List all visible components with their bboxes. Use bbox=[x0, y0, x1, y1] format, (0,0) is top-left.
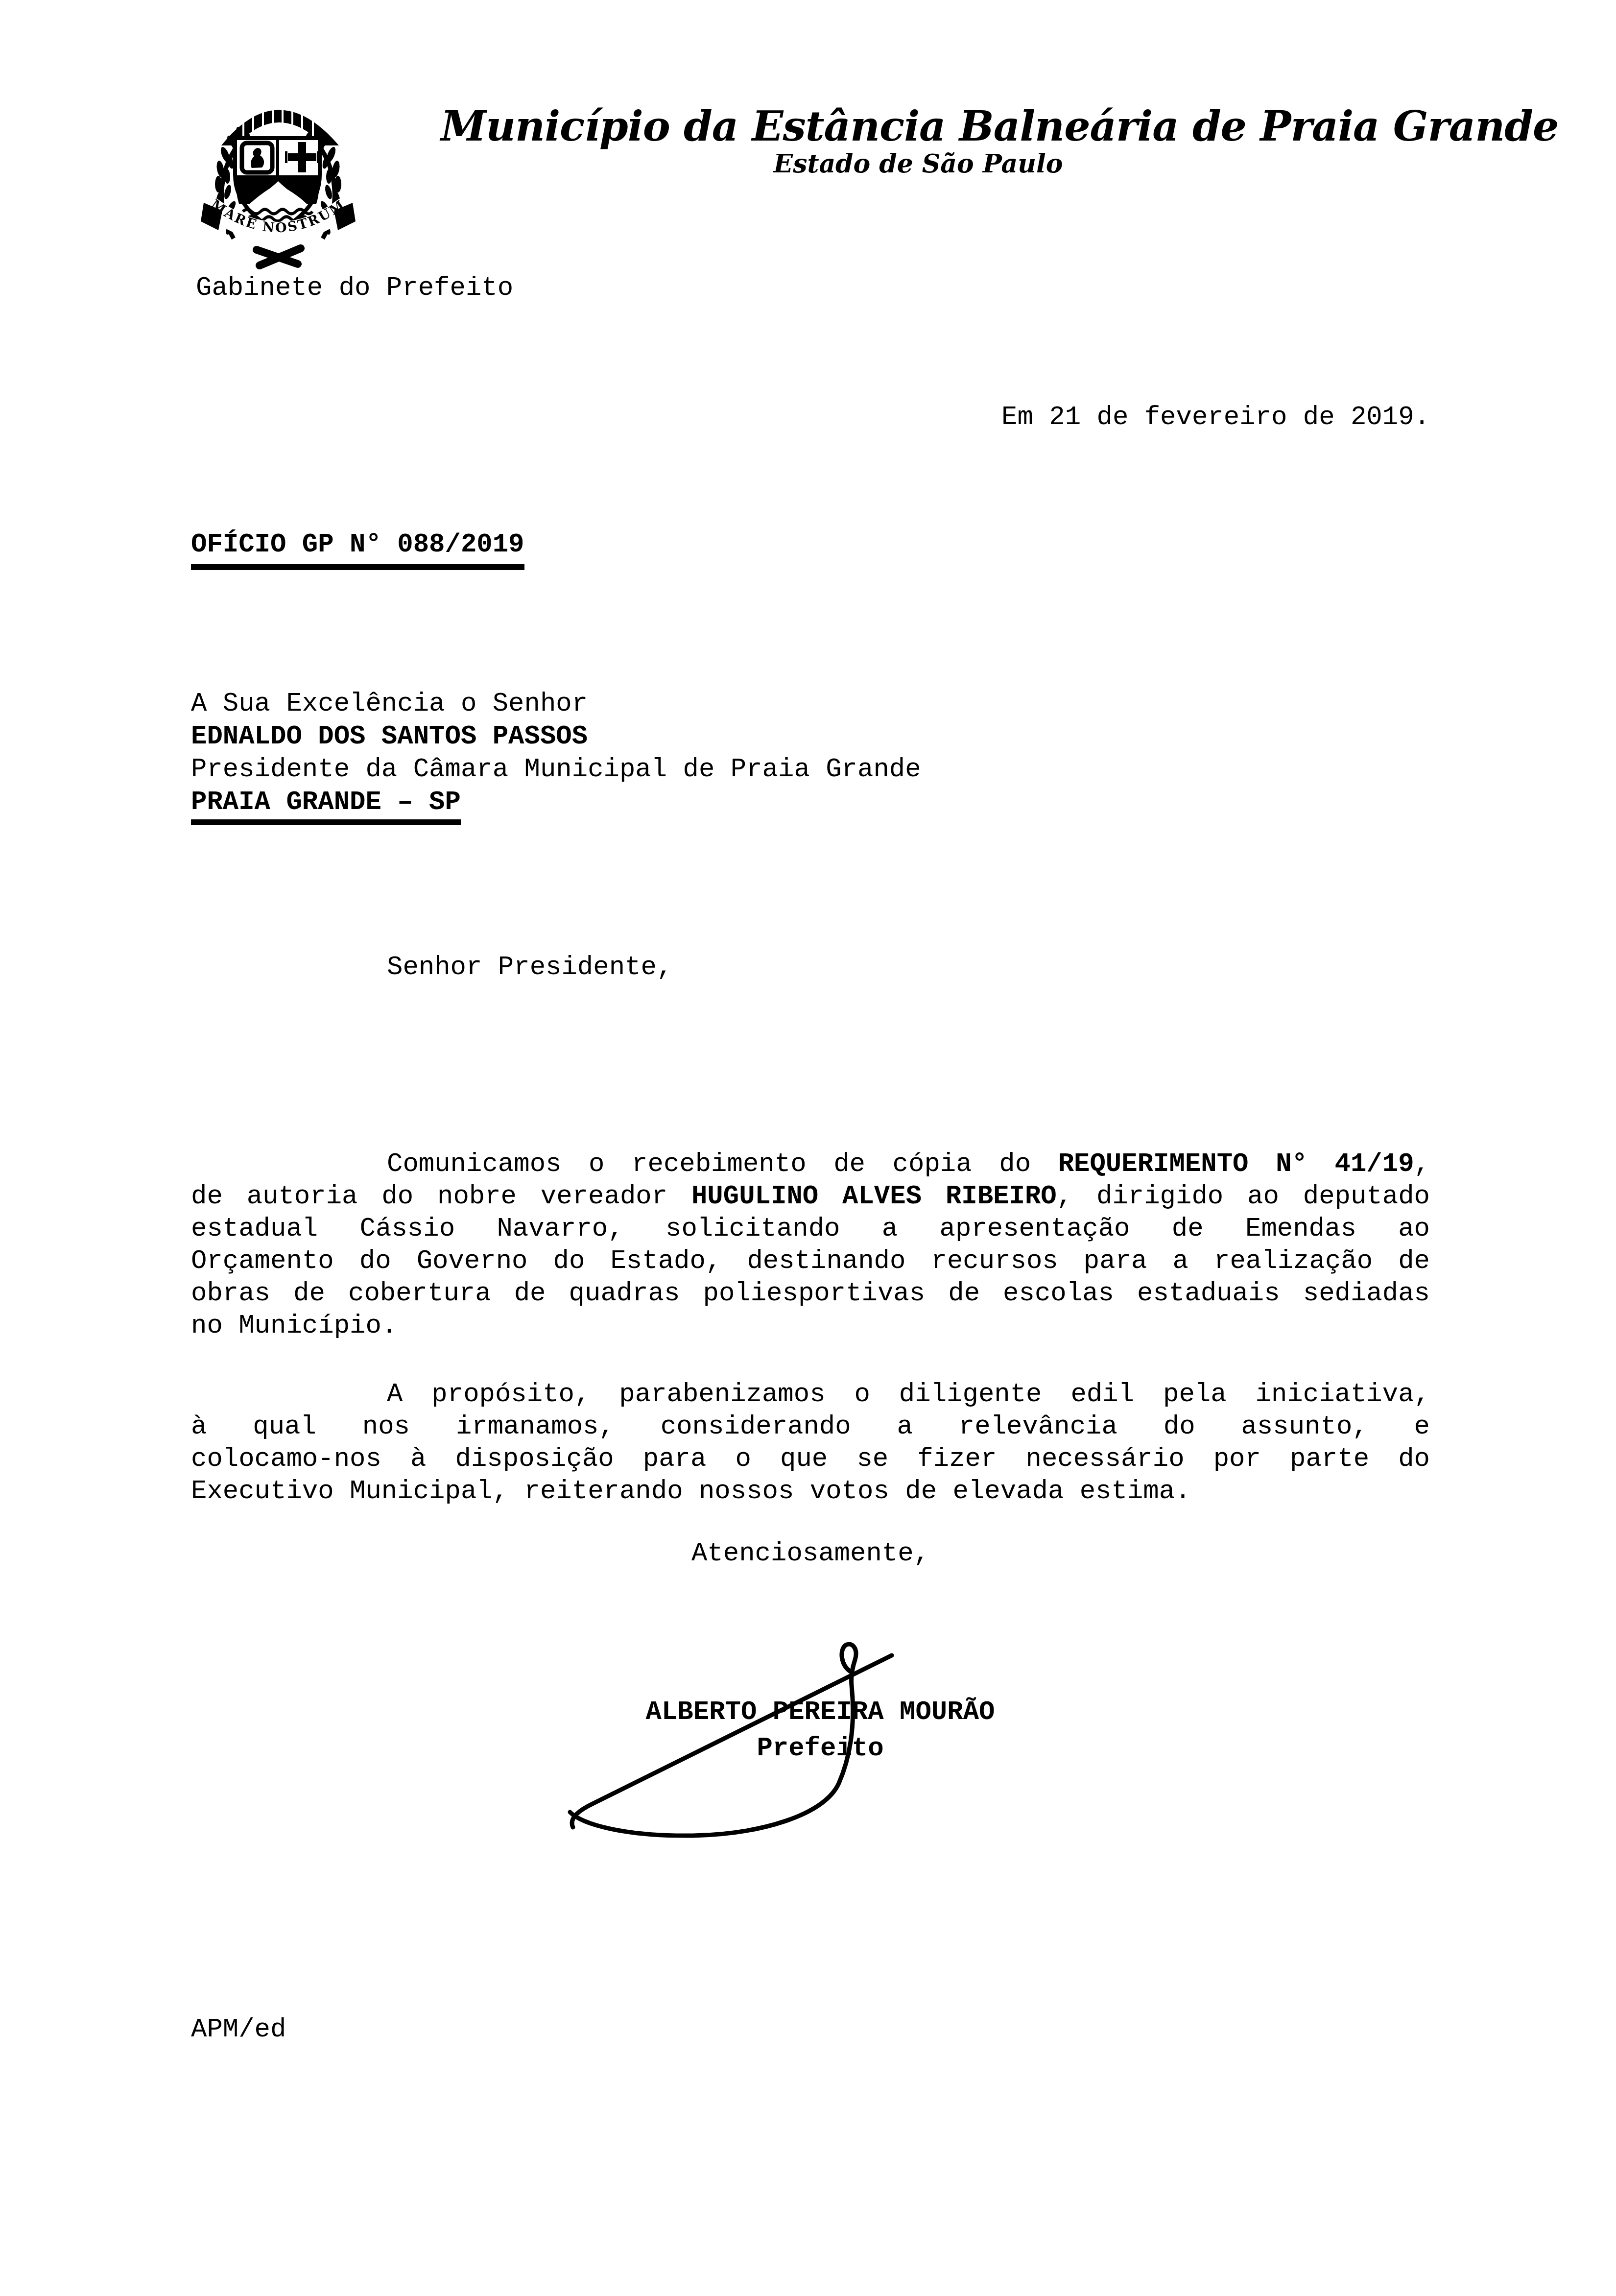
typist-initials: APM/ed bbox=[191, 2014, 286, 2046]
addressee-city-text: PRAIA GRANDE – SP bbox=[191, 787, 461, 825]
coat-of-arms-icon: MARE NOSTRUM bbox=[197, 94, 359, 273]
header-title: Município da Estância Balneária de Praia… bbox=[441, 104, 1396, 149]
body-paragraphs: Comunicamos o recebimento de cópia do RE… bbox=[191, 1148, 1430, 1508]
reference-number: OFÍCIO GP N° 088/2019 bbox=[191, 529, 524, 570]
paragraph-line: Executivo Municipal, reiterando nossos v… bbox=[191, 1476, 1430, 1508]
paragraph: Comunicamos o recebimento de cópia do RE… bbox=[191, 1148, 1430, 1342]
header-subtitle: Estado de São Paulo bbox=[441, 150, 1396, 178]
paragraph-line: Comunicamos o recebimento de cópia do RE… bbox=[191, 1148, 1430, 1181]
paragraph-line: obras de cobertura de quadras poliesport… bbox=[191, 1278, 1430, 1310]
addressee-name: EDNALDO DOS SANTOS PASSOS bbox=[191, 721, 588, 753]
date-line: Em 21 de fevereiro de 2019. bbox=[191, 402, 1430, 434]
paragraph-line: à qual nos irmanamos, considerando a rel… bbox=[191, 1411, 1430, 1443]
paragraph-line: de autoria do nobre vereador HUGULINO AL… bbox=[191, 1181, 1430, 1213]
signer-role: Prefeito bbox=[191, 1733, 1450, 1765]
addressee-salutation: A Sua Excelência o Senhor bbox=[191, 688, 588, 720]
paragraph-line: no Município. bbox=[191, 1310, 1430, 1342]
addressee-city: PRAIA GRANDE – SP bbox=[191, 787, 461, 825]
greeting: Senhor Presidente, bbox=[387, 952, 672, 984]
paragraph-line: estadual Cássio Navarro, solicitando a a… bbox=[191, 1213, 1430, 1245]
paragraph-line: Orçamento do Governo do Estado, destinan… bbox=[191, 1245, 1430, 1278]
closing: Atenciosamente, bbox=[191, 1538, 1430, 1570]
letter-page: MARE NOSTRUM Município da Estância Balne… bbox=[0, 0, 1616, 2296]
header-department: Gabinete do Prefeito bbox=[196, 272, 513, 305]
addressee-title: Presidente da Câmara Municipal de Praia … bbox=[191, 754, 921, 786]
reference-text: OFÍCIO GP N° 088/2019 bbox=[191, 529, 524, 570]
signer-name: ALBERTO PEREIRA MOURÃO bbox=[191, 1697, 1450, 1729]
paragraph-line: colocamo-nos à disposição para o que se … bbox=[191, 1443, 1430, 1476]
paragraph: A propósito, parabenizamos o diligente e… bbox=[191, 1379, 1430, 1508]
paragraph-line: A propósito, parabenizamos o diligente e… bbox=[191, 1379, 1430, 1411]
